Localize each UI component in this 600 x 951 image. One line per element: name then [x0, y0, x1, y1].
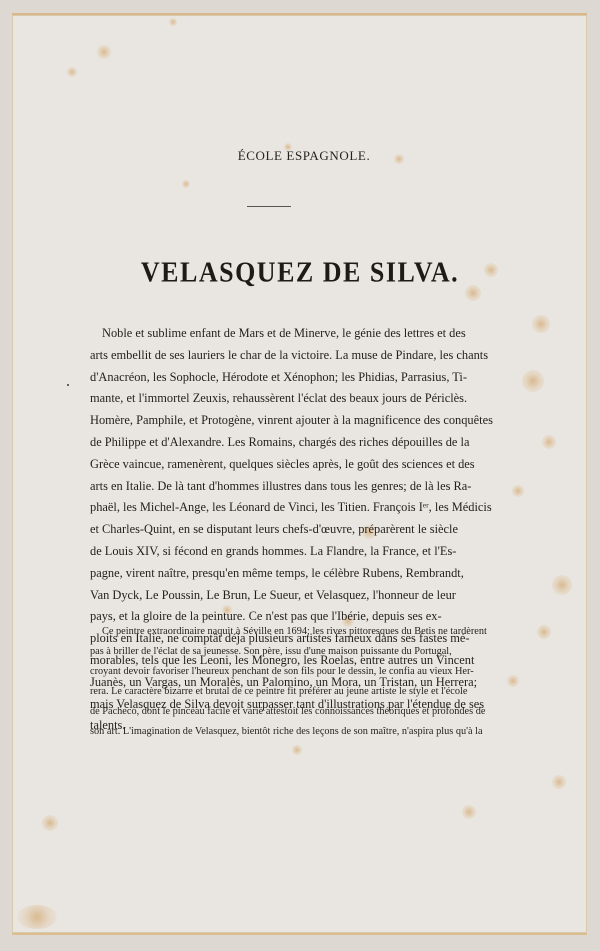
heading-divider-rule	[247, 206, 291, 207]
foxing-stain	[507, 675, 519, 687]
text-line: pas à briller de l'éclat de sa jeunesse.…	[90, 642, 504, 662]
foxing-stain	[532, 315, 550, 333]
foxing-stain	[97, 45, 111, 59]
text-line: Grèce vaincue, ramenèrent, quelques sièc…	[90, 454, 504, 476]
text-line: d'Anacréon, les Sophocle, Hérodote et Xé…	[90, 367, 504, 389]
foxing-stain	[169, 18, 177, 26]
text-line: rera. Le caractère bizarre et brutal de …	[90, 682, 504, 702]
text-line: Ce peintre extraordinaire naquit à Sévil…	[90, 622, 504, 642]
text-line: de Louis XIV, si fécond en grands hommes…	[90, 541, 504, 563]
section-heading: ÉCOLE ESPAGNOLE.	[0, 148, 600, 164]
foxing-stain	[542, 435, 556, 449]
foxing-stain	[522, 370, 544, 392]
foxing-stain	[67, 67, 77, 77]
text-line: Homère, Pamphile, et Protogène, vinrent …	[90, 410, 504, 432]
text-line: son art. L'imagination de Velasquez, bie…	[90, 722, 504, 742]
text-line: de Pacheco, dont le pinceau facile et va…	[90, 702, 504, 722]
text-line: pagne, virent naître, presqu'en même tem…	[90, 563, 504, 585]
text-line: phaël, les Michel-Ange, les Léonard de V…	[90, 497, 504, 519]
text-line: arts embellit de ses lauriers le char de…	[90, 345, 504, 367]
foxing-stain	[42, 815, 58, 831]
text-line: croyant devoir favoriser l'heureux pench…	[90, 662, 504, 682]
ink-speck	[67, 384, 69, 386]
text-line: Van Dyck, Le Poussin, Le Brun, Le Sueur,…	[90, 585, 504, 607]
paragraph-2: Ce peintre extraordinaire naquit à Sévil…	[90, 622, 504, 742]
foxing-stain	[552, 575, 572, 595]
foxing-stain	[552, 775, 566, 789]
foxing-stain	[17, 905, 57, 929]
text-line: et Charles-Quint, en se disputant leurs …	[90, 519, 504, 541]
text-line: arts en Italie. De là tant d'hommes illu…	[90, 476, 504, 498]
text-line: de Philippe et d'Alexandre. Les Romains,…	[90, 432, 504, 454]
foxing-stain	[537, 625, 551, 639]
foxing-stain	[182, 180, 190, 188]
page-title: VELASQUEZ DE SILVA.	[0, 257, 600, 289]
foxing-stain	[512, 485, 524, 497]
foxing-stain	[292, 745, 302, 755]
foxing-stain	[462, 805, 476, 819]
text-line: mante, et l'immortel Zeuxis, rehaussèren…	[90, 388, 504, 410]
text-line: Noble et sublime enfant de Mars et de Mi…	[90, 323, 504, 345]
